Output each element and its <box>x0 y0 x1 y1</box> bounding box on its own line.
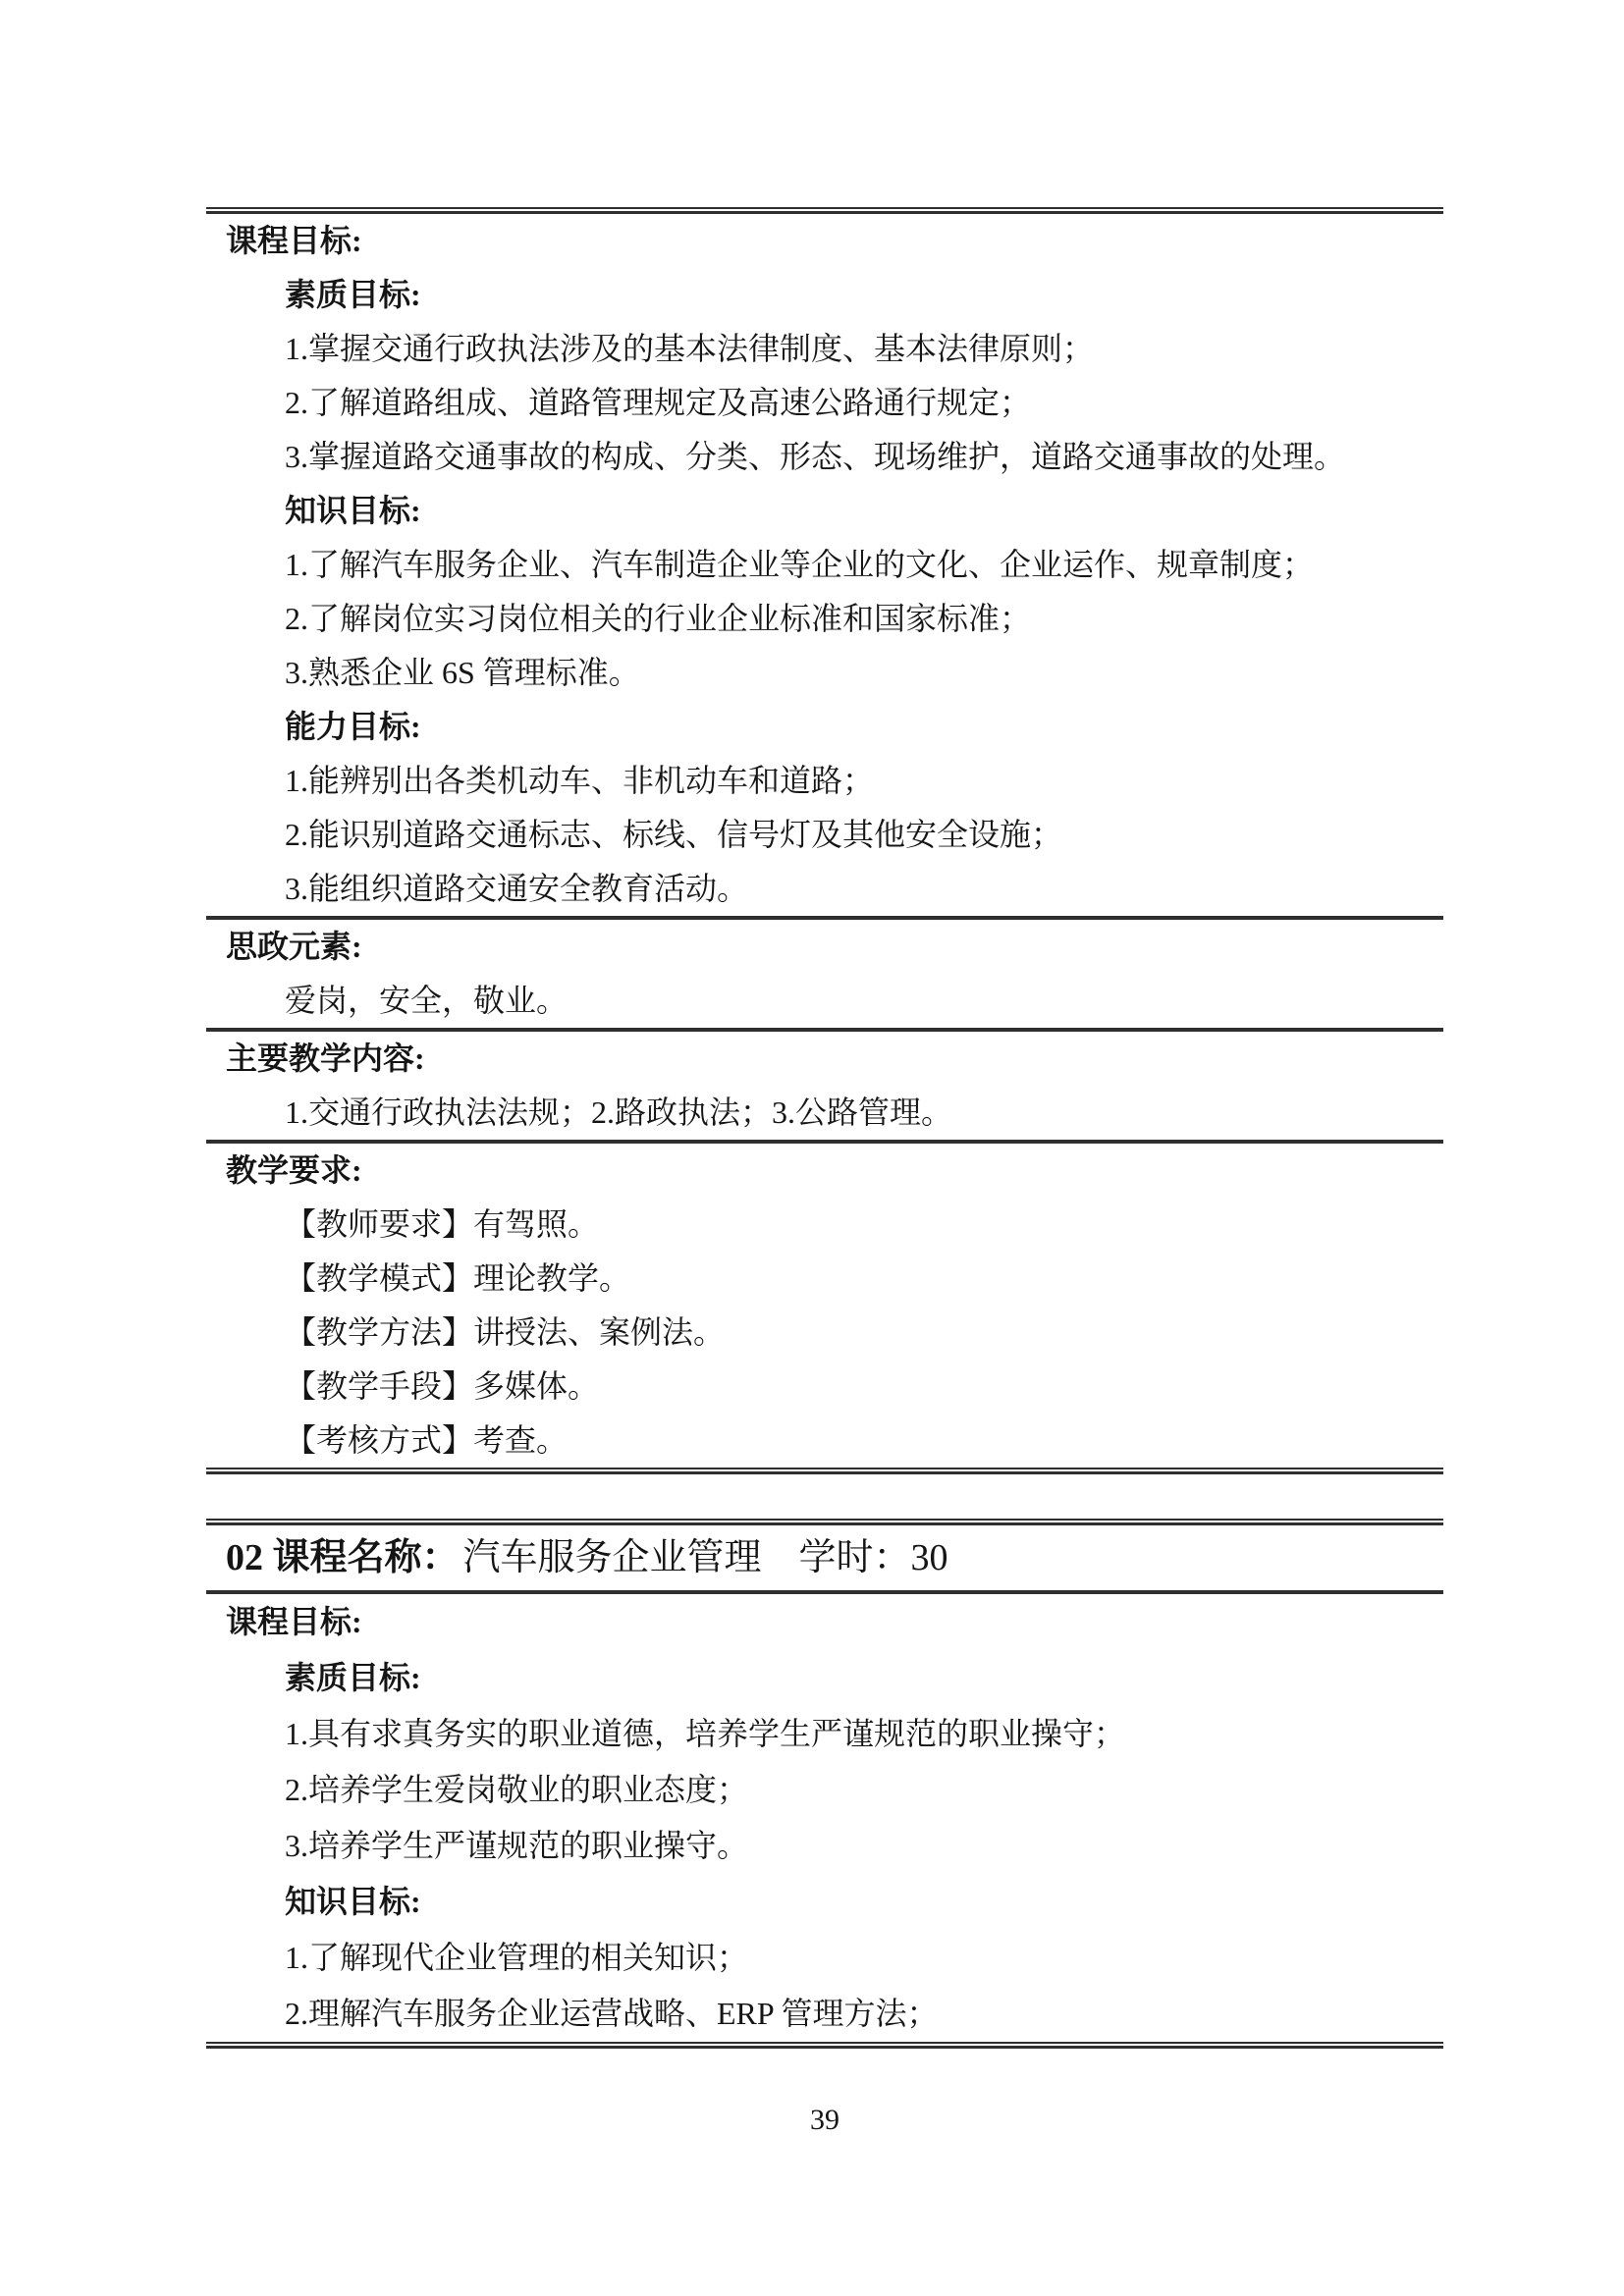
document-page: { "colors": { "rule": "#2f2f2f", "text":… <box>0 0 1624 2296</box>
knowledge-goals-heading: 知识目标: <box>206 1874 1443 1930</box>
top-border-divider <box>206 207 1443 214</box>
teaching-content-heading: 主要教学内容: <box>206 1032 1443 1086</box>
course-name: 汽车服务企业管理 <box>463 1537 762 1578</box>
course-objectives-heading: 课程目标: <box>206 1594 1443 1650</box>
quality-goal-item: 2.培养学生爱岗敬业的职业态度； <box>206 1762 1443 1818</box>
course2-objectives-section: 课程目标: 素质目标: 1.具有求真务实的职业道德，培养学生严谨规范的职业操守；… <box>206 1594 1443 2042</box>
ability-goal-item: 2.能识别道路交通标志、标线、信号灯及其他安全设施； <box>206 808 1443 862</box>
teaching-mode-item: 【教学模式】理论教学。 <box>206 1252 1443 1306</box>
page-bottom-divider <box>206 2042 1443 2049</box>
teaching-content-text: 1.交通行政执法法规；2.路政执法；3.公路管理。 <box>206 1086 1443 1140</box>
ideology-section: 思政元素: 爱岗，安全，敬业。 <box>206 920 1443 1028</box>
quality-goal-item: 3.培养学生严谨规范的职业操守。 <box>206 1818 1443 1874</box>
knowledge-goal-item: 1.了解现代企业管理的相关知识； <box>206 1930 1443 1986</box>
quality-goal-item: 1.掌握交通行政执法涉及的基本法律制度、基本法律原则； <box>206 322 1443 376</box>
quality-goal-item: 3.掌握道路交通事故的构成、分类、形态、现场维护，道路交通事故的处理。 <box>206 430 1443 484</box>
teaching-method-item: 【教学方法】讲授法、案例法。 <box>206 1306 1443 1360</box>
course-title-row: 02 课程名称：汽车服务企业管理学时：30 <box>206 1525 1443 1590</box>
page-number: 39 <box>206 2101 1443 2140</box>
assessment-method-item: 【考核方式】考查。 <box>206 1414 1443 1468</box>
course-hours: 学时：30 <box>799 1537 948 1578</box>
teaching-content-section: 主要教学内容: 1.交通行政执法法规；2.路政执法；3.公路管理。 <box>206 1032 1443 1140</box>
knowledge-goals-heading: 知识目标: <box>206 484 1443 538</box>
block-end-divider <box>206 1468 1443 1474</box>
teacher-requirement-item: 【教师要求】有驾照。 <box>206 1198 1443 1252</box>
ability-goals-heading: 能力目标: <box>206 700 1443 754</box>
course-number-label: 02 课程名称： <box>226 1537 460 1578</box>
knowledge-goal-item: 2.理解汽车服务企业运营战略、ERP 管理方法； <box>206 1986 1443 2042</box>
block-gap <box>206 1474 1443 1519</box>
teaching-requirements-section: 教学要求: 【教师要求】有驾照。 【教学模式】理论教学。 【教学方法】讲授法、案… <box>206 1144 1443 1468</box>
course-objectives-section: 课程目标: 素质目标: 1.掌握交通行政执法涉及的基本法律制度、基本法律原则； … <box>206 214 1443 916</box>
ability-goal-item: 1.能辨别出各类机动车、非机动车和道路； <box>206 754 1443 808</box>
ideology-content: 爱岗，安全，敬业。 <box>206 974 1443 1028</box>
knowledge-goal-item: 1.了解汽车服务企业、汽车制造企业等企业的文化、企业运作、规章制度； <box>206 538 1443 592</box>
ability-goal-item: 3.能组织道路交通安全教育活动。 <box>206 862 1443 916</box>
course-objectives-heading: 课程目标: <box>206 214 1443 268</box>
block-start-divider <box>206 1519 1443 1525</box>
teaching-requirements-heading: 教学要求: <box>206 1144 1443 1198</box>
teaching-means-item: 【教学手段】多媒体。 <box>206 1360 1443 1414</box>
content-area: 课程目标: 素质目标: 1.掌握交通行政执法涉及的基本法律制度、基本法律原则； … <box>206 207 1443 2049</box>
quality-goals-heading: 素质目标: <box>206 268 1443 322</box>
knowledge-goal-item: 2.了解岗位实习岗位相关的行业企业标准和国家标准； <box>206 592 1443 646</box>
quality-goals-heading: 素质目标: <box>206 1650 1443 1706</box>
quality-goal-item: 2.了解道路组成、道路管理规定及高速公路通行规定； <box>206 376 1443 430</box>
ideology-heading: 思政元素: <box>206 920 1443 974</box>
knowledge-goal-item: 3.熟悉企业 6S 管理标准。 <box>206 646 1443 700</box>
quality-goal-item: 1.具有求真务实的职业道德，培养学生严谨规范的职业操守； <box>206 1706 1443 1762</box>
